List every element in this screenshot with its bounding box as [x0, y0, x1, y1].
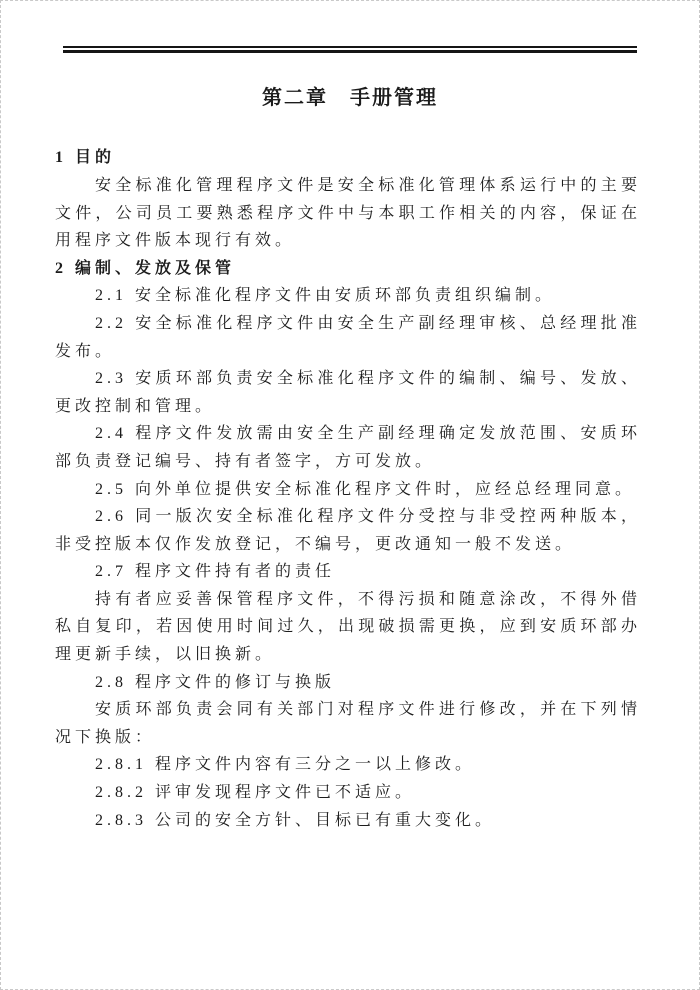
- body-paragraph: 2.4 程序文件发放需由安全生产副经理确定发放范围、安质环部负责登记编号、持有者…: [55, 420, 641, 475]
- document-page: 第二章 手册管理 1 目的安全标准化管理程序文件是安全标准化管理体系运行中的主要…: [0, 0, 700, 990]
- body-paragraph: 2.5 向外单位提供安全标准化程序文件时，应经总经理同意。: [55, 476, 641, 504]
- body-paragraph: 持有者应妥善保管程序文件，不得污损和随意涂改，不得外借私自复印，若因使用时间过久…: [55, 586, 641, 669]
- chapter-title: 第二章 手册管理: [1, 81, 699, 110]
- body-paragraph: 2.8 程序文件的修订与换版: [55, 669, 641, 697]
- body-paragraph: 2.3 安质环部负责安全标准化程序文件的编制、编号、发放、更改控制和管理。: [55, 365, 641, 420]
- body-paragraph: 2.6 同一版次安全标准化程序文件分受控与非受控两种版本，非受控版本仅作发放登记…: [55, 503, 641, 558]
- body-paragraph: 安全标准化管理程序文件是安全标准化管理体系运行中的主要文件，公司员工要熟悉程序文…: [55, 172, 641, 255]
- body-paragraph: 2.7 程序文件持有者的责任: [55, 558, 641, 586]
- document-body: 1 目的安全标准化管理程序文件是安全标准化管理体系运行中的主要文件，公司员工要熟…: [1, 123, 699, 834]
- double-rule-divider: [63, 46, 637, 53]
- body-paragraph: 2.8.1 程序文件内容有三分之一以上修改。: [55, 751, 641, 779]
- body-paragraph: 2.2 安全标准化程序文件由安全生产副经理审核、总经理批准发布。: [55, 310, 641, 365]
- body-paragraph: 2.8.3 公司的安全方针、目标已有重大变化。: [55, 807, 641, 835]
- body-paragraph: 2.8.2 评审发现程序文件已不适应。: [55, 779, 641, 807]
- body-paragraph: 安质环部负责会同有关部门对程序文件进行修改，并在下列情况下换版：: [55, 696, 641, 751]
- section-heading: 1 目的: [55, 144, 641, 172]
- body-paragraph: 2.1 安全标准化程序文件由安质环部负责组织编制。: [55, 282, 641, 310]
- section-heading: 2 编制、发放及保管: [55, 255, 641, 283]
